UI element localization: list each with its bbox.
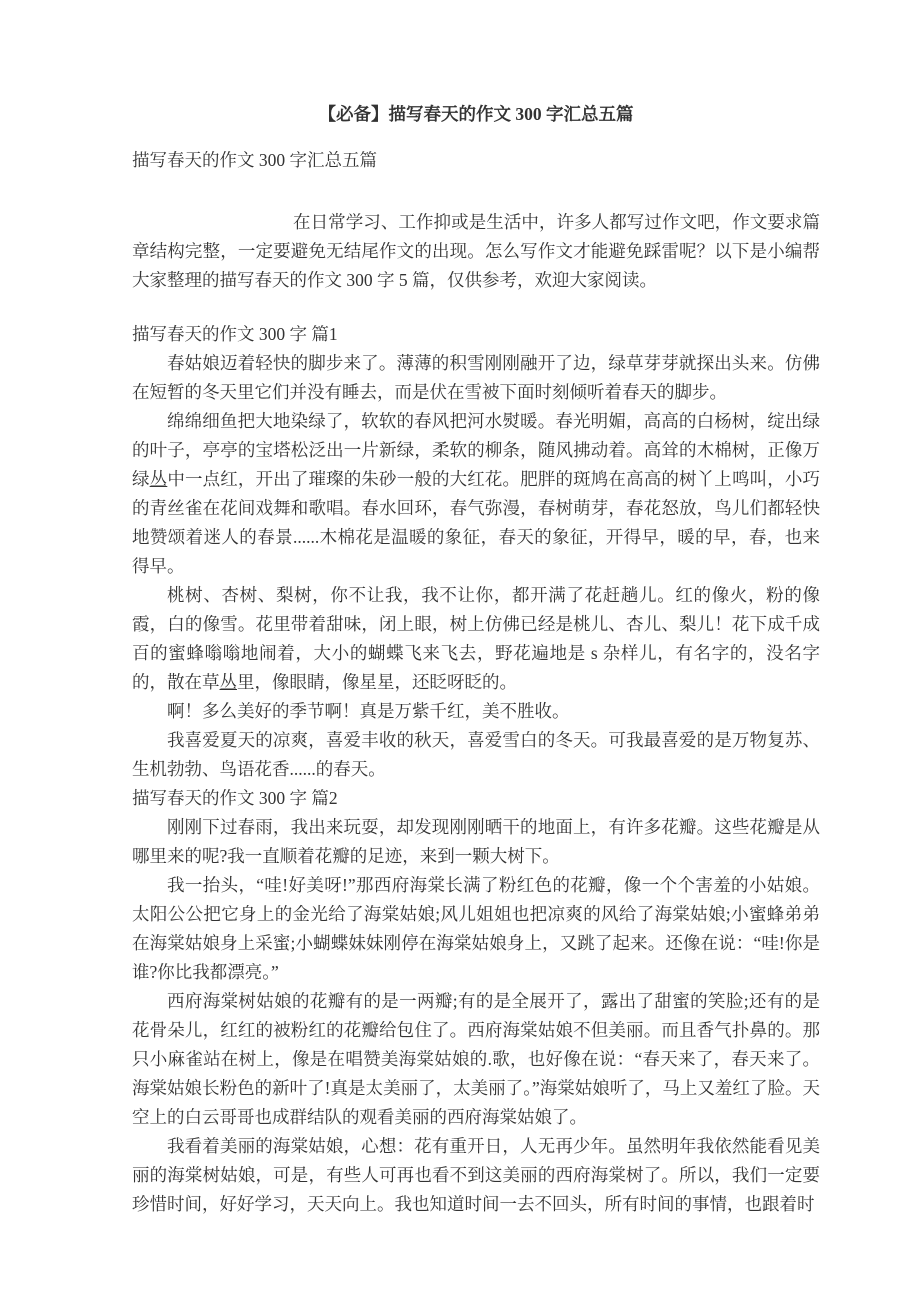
text-run: 刚刚下过春雨，我出来玩耍，却发现刚刚晒干的地面上，有许多花瓣。这些花瓣是从哪里来… xyxy=(132,817,820,866)
text-run: 里，像眼睛，像星星，还眨呀眨的。 xyxy=(237,672,517,692)
paragraph: 我一抬头，“哇!好美呀!”那西府海棠长满了粉红色的花瓣，像一个个害羞的小姑娘。太… xyxy=(132,871,820,987)
document-subtitle: 描写春天的作文 300 字汇总五篇 xyxy=(132,146,820,175)
text-run: 春姑娘迈着轻快的脚步来了。薄薄的积雪刚刚融开了边，绿草芽芽就探出头来。仿佛在短暂… xyxy=(132,353,820,402)
text-run: 我一抬头，“哇!好美呀!”那西府海棠长满了粉红色的花瓣，像一个个害羞的小姑娘。太… xyxy=(132,875,820,982)
text-run: 啊！多么美好的季节啊！真是万紫千红，美不胜收。 xyxy=(167,701,570,721)
text-run: 在日常学习、工作抑或是生活中，许多人都写过作文吧，作文要求篇章结构完整，一定要避… xyxy=(132,212,820,290)
document-body: 在日常学习、工作抑或是生活中，许多人都写过作文吧，作文要求篇章结构完整，一定要避… xyxy=(132,208,820,1219)
document-content: 【必备】描写春天的作文 300 字汇总五篇 描写春天的作文 300 字汇总五篇 … xyxy=(0,0,920,1219)
text-run: 中一点红，开出了璀璨的朱砂一般的大红花。肥胖的斑鸠在高高的树丫上鸣叫，小巧的青丝… xyxy=(132,469,820,576)
underlined-text: 丛 xyxy=(150,469,168,489)
paragraph: 春姑娘迈着轻快的脚步来了。薄薄的积雪刚刚融开了边，绿草芽芽就探出头来。仿佛在短暂… xyxy=(132,349,820,407)
section-heading: 描写春天的作文 300 字 篇2 xyxy=(132,784,820,813)
text-run: 我喜爱夏天的凉爽，喜爱丰收的秋天，喜爱雪白的冬天。可我最喜爱的是万物复苏、生机勃… xyxy=(132,730,820,779)
paragraph: 啊！多么美好的季节啊！真是万紫千红，美不胜收。 xyxy=(132,697,820,726)
paragraph: 我喜爱夏天的凉爽，喜爱丰收的秋天，喜爱雪白的冬天。可我最喜爱的是万物复苏、生机勃… xyxy=(132,726,820,784)
text-run: 西府海棠树姑娘的花瓣有的是一两瓣;有的是全展开了，露出了甜蜜的笑脸;还有的是花骨… xyxy=(132,991,820,1127)
text-run: 我看着美丽的海棠姑娘，心想：花有重开日，人无再少年。虽然明年我依然能看见美丽的海… xyxy=(132,1136,820,1214)
paragraph: 我看着美丽的海棠姑娘，心想：花有重开日，人无再少年。虽然明年我依然能看见美丽的海… xyxy=(132,1132,820,1219)
underlined-text: 丛 xyxy=(220,672,238,692)
paragraph: 西府海棠树姑娘的花瓣有的是一两瓣;有的是全展开了，露出了甜蜜的笑脸;还有的是花骨… xyxy=(132,987,820,1132)
section-heading: 描写春天的作文 300 字 篇1 xyxy=(132,320,820,349)
document-title: 【必备】描写春天的作文 300 字汇总五篇 xyxy=(132,100,820,129)
document-page: 【必备】描写春天的作文 300 字汇总五篇 描写春天的作文 300 字汇总五篇 … xyxy=(0,0,920,1302)
paragraph: 在日常学习、工作抑或是生活中，许多人都写过作文吧，作文要求篇章结构完整，一定要避… xyxy=(132,208,820,295)
paragraph: 桃树、杏树、梨树，你不让我，我不让你，都开满了花赶趟儿。红的像火，粉的像霞，白的… xyxy=(132,581,820,697)
paragraph: 刚刚下过春雨，我出来玩耍，却发现刚刚晒干的地面上，有许多花瓣。这些花瓣是从哪里来… xyxy=(132,813,820,871)
paragraph: 绵绵细鱼把大地染绿了，软软的春风把河水熨暖。春光明媚，高高的白杨树，绽出绿的叶子… xyxy=(132,407,820,581)
